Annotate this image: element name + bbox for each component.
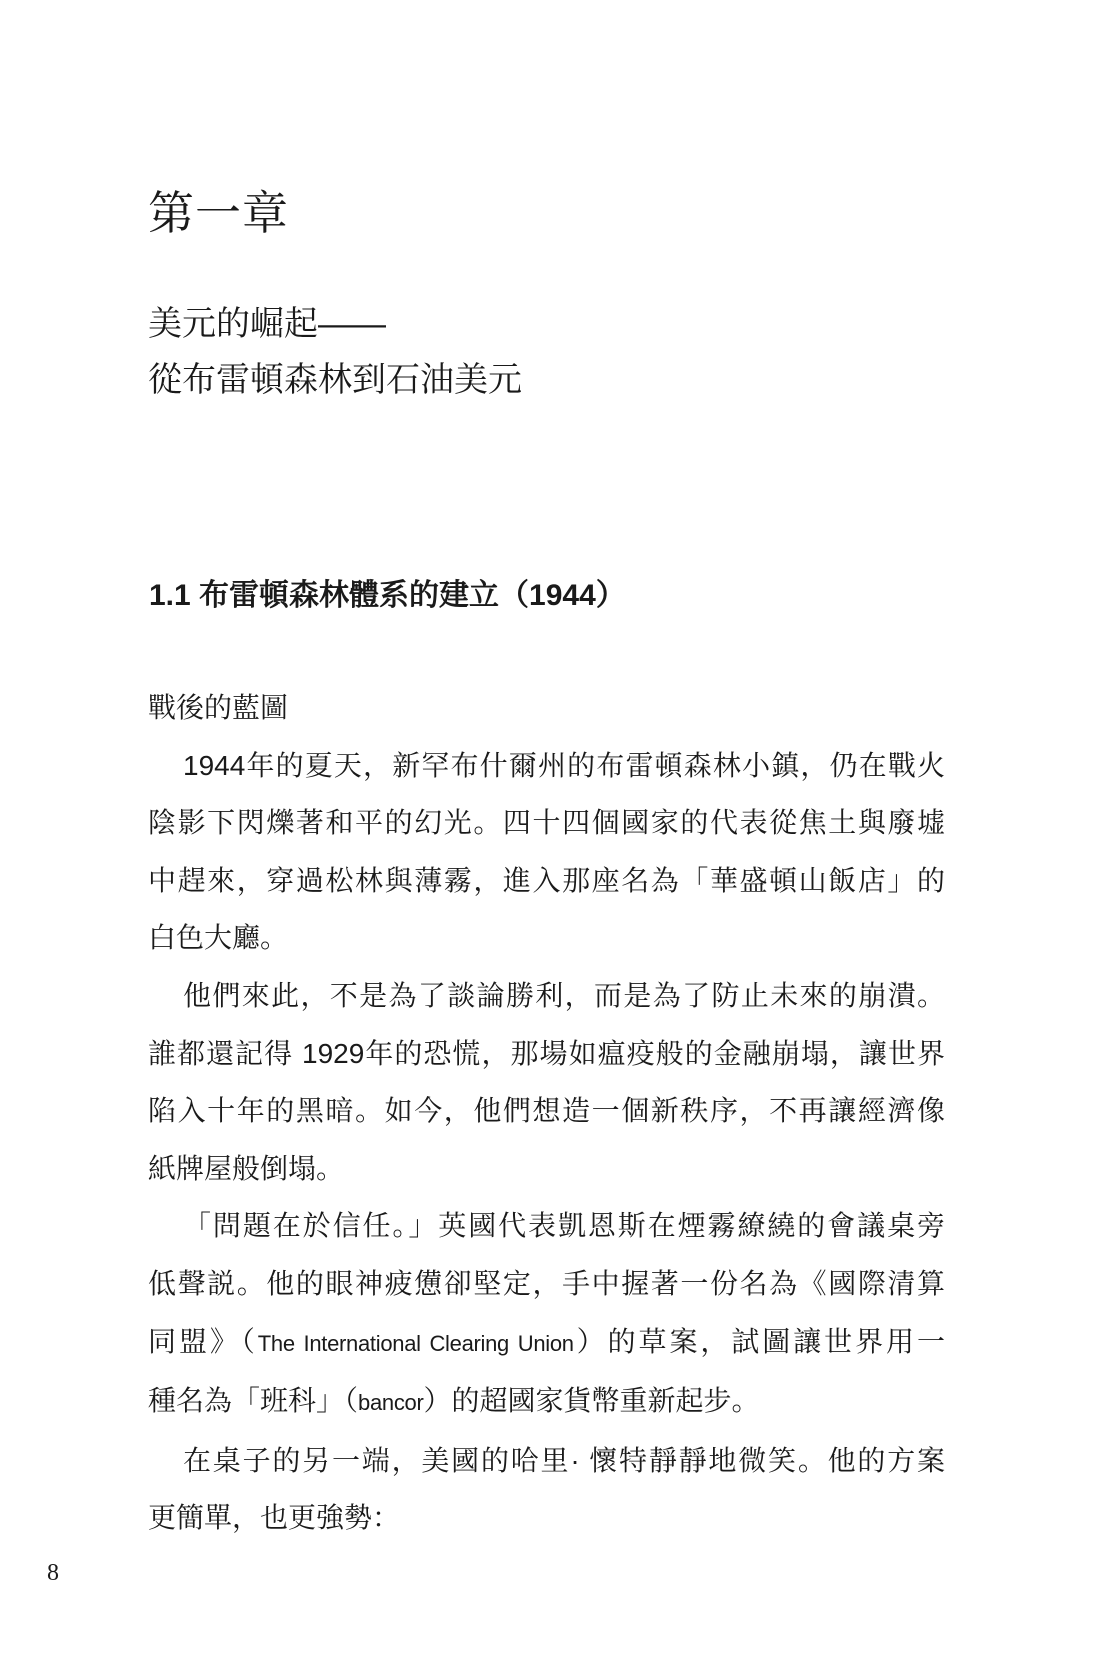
text-run: 中趕來，穿過松林與薄霧，進入那座名為「華盛頓山飯店」的 (148, 865, 945, 896)
text-run: 低聲説。他的眼神疲憊卻堅定，手中握著一份名為《國際清算 (148, 1268, 945, 1299)
text-line: 更簡單，也更強勢： (148, 1489, 945, 1547)
latin-text-run: bancor (358, 1390, 423, 1415)
latin-text-run: The International Clearing Union (258, 1331, 574, 1356)
text-run: 1944年的夏天，新罕布什爾州的布雷頓森林小鎮，仍在戰火 (183, 750, 945, 781)
text-line: 中趕來，穿過松林與薄霧，進入那座名為「華盛頓山飯店」的 (148, 852, 945, 910)
document-page: 第一章 美元的崛起—— 從布雷頓森林到石油美元 1.1 布雷頓森林體系的建立（1… (0, 0, 1103, 1654)
text-run: 紙牌屋般倒塌。 (148, 1153, 344, 1184)
text-line: 白色大廳。 (148, 909, 945, 967)
text-line: 他們來此，不是為了談論勝利，而是為了防止未來的崩潰。 (148, 967, 945, 1025)
text-line: 低聲説。他的眼神疲憊卻堅定，手中握著一份名為《國際清算 (148, 1255, 945, 1313)
text-run: 在桌子的另一端，美國的哈里· 懷特靜靜地微笑。他的方案 (183, 1445, 945, 1476)
text-line: 紙牌屋般倒塌。 (148, 1140, 945, 1198)
text-run: ）的超國家貨幣重新起步。 (423, 1385, 759, 1416)
text-line: 陷入十年的黑暗。如今，他們想造一個新秩序，不再讓經濟像 (148, 1082, 945, 1140)
body-text: 戰後的藍圖 1944年的夏天，新罕布什爾州的布雷頓森林小鎮，仍在戰火陰影下閃爍著… (148, 679, 945, 1547)
text-run: 他們來此，不是為了談論勝利，而是為了防止未來的崩潰。 (183, 980, 945, 1011)
text-line: 種名為「班科」（bancor）的超國家貨幣重新起步。 (148, 1372, 945, 1432)
chapter-title-line: 美元的崛起—— (148, 296, 522, 352)
text-line: 陰影下閃爍著和平的幻光。四十四個國家的代表從焦土與廢墟 (148, 794, 945, 852)
section-heading: 1.1 布雷頓森林體系的建立（1944） (149, 579, 626, 612)
chapter-title-line: 從布雷頓森林到石油美元 (148, 352, 522, 408)
text-run: 陰影下閃爍著和平的幻光。四十四個國家的代表從焦土與廢墟 (148, 807, 945, 838)
text-line: 「問題在於信任。」英國代表凱恩斯在煙霧繚繞的會議桌旁 (148, 1197, 945, 1255)
text-line: 同盟》（The International Clearing Union）的草案… (148, 1313, 945, 1373)
text-line: 誰都還記得 1929年的恐慌，那場如瘟疫般的金融崩塌，讓世界 (148, 1025, 945, 1083)
text-run: 種名為「班科」（ (148, 1385, 358, 1416)
text-run: 同盟》（ (148, 1326, 258, 1357)
page-number: 8 (47, 1561, 59, 1585)
text-run: 陷入十年的黑暗。如今，他們想造一個新秩序，不再讓經濟像 (148, 1095, 945, 1126)
subsection-heading: 戰後的藍圖 (148, 679, 945, 737)
chapter-number: 第一章 (148, 190, 289, 236)
text-run: 更簡單，也更強勢： (148, 1502, 400, 1533)
text-run: 「問題在於信任。」英國代表凱恩斯在煙霧繚繞的會議桌旁 (183, 1210, 945, 1241)
text-line: 在桌子的另一端，美國的哈里· 懷特靜靜地微笑。他的方案 (148, 1432, 945, 1490)
chapter-title: 美元的崛起—— 從布雷頓森林到石油美元 (148, 296, 522, 408)
text-run: 白色大廳。 (148, 922, 288, 953)
text-run: ）的草案，試圖讓世界用一 (574, 1326, 945, 1357)
text-line: 1944年的夏天，新罕布什爾州的布雷頓森林小鎮，仍在戰火 (148, 737, 945, 795)
text-run: 誰都還記得 1929年的恐慌，那場如瘟疫般的金融崩塌，讓世界 (148, 1038, 945, 1069)
